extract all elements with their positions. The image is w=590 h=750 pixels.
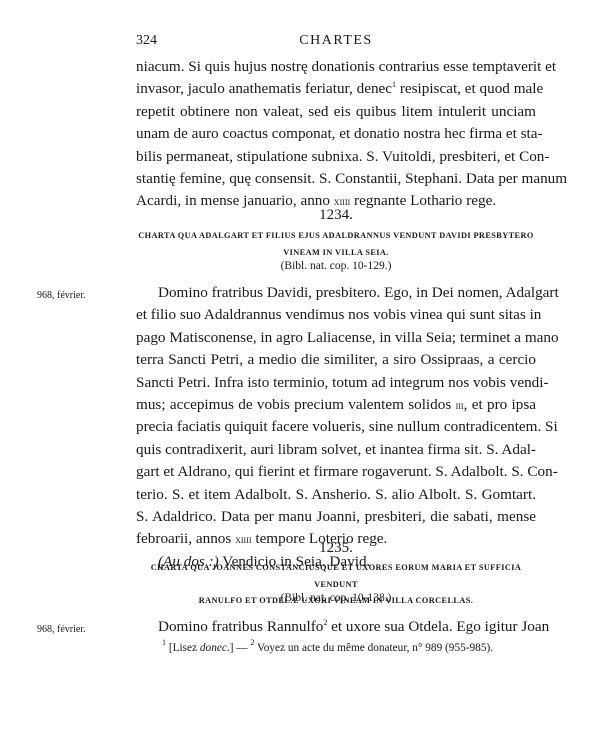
running-title: CHARTES (136, 33, 536, 49)
text-line: invasor, jaculo anathematis feriatur, de… (136, 78, 536, 100)
text-line: quis contradixerit, auri libram solvet, … (136, 439, 536, 461)
margin-date: 968, février. (37, 624, 86, 635)
text-line: Domino fratribus Davidi, presbitero. Ego… (136, 282, 536, 304)
text-line: gart et Aldrano, qui fierint et firmare … (136, 461, 536, 483)
charter-number: 1235. (136, 540, 536, 557)
continuation-text: niacum. Si quis hujus nostrę donationis … (136, 56, 536, 213)
charter-source: (Bibl. nat. cop. 10-138.) (136, 592, 536, 604)
text-line: terio. S. et item Adalbolt. S. Ansherio.… (136, 484, 536, 506)
text-line: niacum. Si quis hujus nostrę donationis … (136, 56, 536, 78)
running-head: 324 CHARTES (136, 33, 536, 53)
text-line: terra Sancti Petri, a medio die similite… (136, 349, 536, 371)
text-line: et filio suo Adaldrannus vendimus nos vo… (136, 304, 536, 326)
text-line: repetit obtinere non valeat, sed eis qui… (136, 101, 536, 123)
text-line: bilis permaneat, stipulatione subnixa. S… (136, 146, 536, 168)
text-line: pago Matisconense, in agro Laliacense, i… (136, 327, 536, 349)
footnote-ref: 2 (323, 618, 327, 627)
text-line: Sancti Petri. Infra isto terminio, totum… (136, 372, 536, 394)
charter-1235-text: Domino fratribus Rannulfo2 et uxore sua … (136, 616, 536, 638)
footnotes: 1 [Lisez donec.] — 2 Voyez un acte du mê… (136, 640, 536, 656)
charter-title: CHARTA QUA ADALGART ET FILIUS EJUS ADALD… (136, 228, 536, 261)
text-line: Domino fratribus Rannulfo2 et uxore sua … (136, 616, 536, 638)
footnote-marker: 1 (162, 638, 166, 647)
roman-numeral: iii (456, 398, 464, 412)
footnote-ref: 1 (392, 80, 396, 89)
text-line: stantię femine, quę consensit. S. Consta… (136, 168, 536, 190)
margin-date: 968, février. (37, 290, 86, 301)
charter-source: (Bibl. nat. cop. 10-129.) (136, 260, 536, 272)
text-line: mus; accepimus de vobis precium valentem… (136, 394, 536, 416)
charter-number: 1234. (136, 207, 536, 224)
text-line: unam de auro coactus componat, et donati… (136, 123, 536, 145)
text-line: precia faciatis quiquit facere volueris,… (136, 416, 536, 438)
footnote-marker: 2 (250, 638, 254, 647)
text-line: S. Adaldrico. Data per manu Joanni, pres… (136, 506, 536, 528)
document-page: 324 CHARTES niacum. Si quis hujus nostrę… (0, 0, 590, 750)
charter-1234-text: Domino fratribus Davidi, presbitero. Ego… (136, 282, 536, 573)
